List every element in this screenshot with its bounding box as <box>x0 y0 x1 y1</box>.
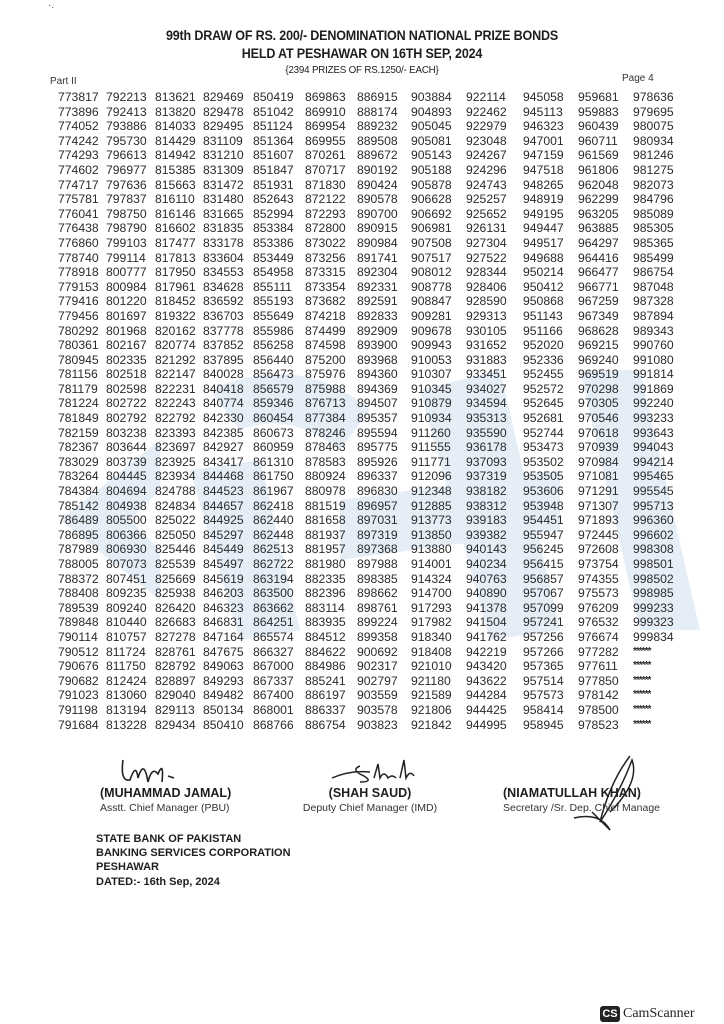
table-row: 7738967924138138208294788510428699108881… <box>58 105 683 120</box>
prize-number: 781849 <box>58 411 106 426</box>
prize-number: 822231 <box>155 382 203 397</box>
prize-number: 909678 <box>411 324 466 339</box>
prize-number: 918408 <box>411 645 466 660</box>
prize-number: 837778 <box>203 324 253 339</box>
prize-number: 873354 <box>305 280 357 295</box>
prize-number: 844657 <box>203 499 253 514</box>
prize-number: 840418 <box>203 382 253 397</box>
prize-number: 924267 <box>466 148 523 163</box>
prize-number: 822792 <box>155 411 203 426</box>
prize-number: 877384 <box>305 411 357 426</box>
prize-number: 911771 <box>411 455 466 470</box>
prize-number: 960439 <box>578 119 633 134</box>
prize-number: 931883 <box>466 353 523 368</box>
prize-number: 869954 <box>305 119 357 134</box>
prize-number: 837852 <box>203 338 253 353</box>
prize-number: 816602 <box>155 221 203 236</box>
prize-number: 861750 <box>253 469 305 484</box>
prize-number: 778918 <box>58 265 106 280</box>
camscanner-badge: CS CamScanner <box>600 1006 695 1022</box>
prize-number: 952744 <box>523 426 578 441</box>
prize-number: 863194 <box>253 572 305 587</box>
prize-number: 907508 <box>411 236 466 251</box>
prize-number: 856440 <box>253 353 305 368</box>
prize-number: 881519 <box>305 499 357 514</box>
prize-number: 998985 <box>633 586 683 601</box>
prize-number: 802792 <box>106 411 155 426</box>
prize-number: 878463 <box>305 440 357 455</box>
prize-number: 807451 <box>106 572 155 587</box>
prize-number: 813194 <box>106 703 155 718</box>
prize-number: 930105 <box>466 324 523 339</box>
prize-number: 998308 <box>633 542 683 557</box>
prize-number: 797636 <box>106 178 155 193</box>
table-row: 7812248027228222438407748593468767138945… <box>58 396 683 411</box>
prize-number: 991869 <box>633 382 683 397</box>
prize-number: 802598 <box>106 382 155 397</box>
prize-number: 899224 <box>357 615 411 630</box>
prize-number: 998501 <box>633 557 683 572</box>
prize-number: 905188 <box>411 163 466 178</box>
prize-number: 897368 <box>357 542 411 557</box>
prize-number: 976209 <box>578 601 633 616</box>
prize-number: 882396 <box>305 586 357 601</box>
prize-number: ****** <box>633 645 683 660</box>
prize-number: 978636 <box>633 90 683 105</box>
prize-number: 949447 <box>523 221 578 236</box>
prize-number: 817477 <box>155 236 203 251</box>
prize-number: 801968 <box>106 324 155 339</box>
prize-number: 947159 <box>523 148 578 163</box>
prize-number: 792213 <box>106 90 155 105</box>
prize-number: 890915 <box>357 221 411 236</box>
prize-number: 853384 <box>253 221 305 236</box>
prize-number: 845297 <box>203 528 253 543</box>
camscanner-logo-icon: CS <box>600 1006 620 1022</box>
prize-number: 987894 <box>633 309 683 324</box>
prize-number: 865574 <box>253 630 305 645</box>
prize-number: 952020 <box>523 338 578 353</box>
prize-number: 774717 <box>58 178 106 193</box>
prize-number: 831835 <box>203 221 253 236</box>
prize-number: 842330 <box>203 411 253 426</box>
prize-number: 774602 <box>58 163 106 178</box>
prize-number: 951143 <box>523 309 578 324</box>
prize-number: 872293 <box>305 207 357 222</box>
prize-number: 998502 <box>633 572 683 587</box>
prize-number: 970546 <box>578 411 633 426</box>
prize-number: 820162 <box>155 324 203 339</box>
prize-number: 898761 <box>357 601 411 616</box>
prize-number: 860959 <box>253 440 305 455</box>
prize-number: 828897 <box>155 674 203 689</box>
prize-number: 789539 <box>58 601 106 616</box>
prize-number: 776860 <box>58 236 106 251</box>
prize-number: 908847 <box>411 294 466 309</box>
prize-number: 799114 <box>106 251 155 266</box>
table-row: 7851428049388248348446578624188815198969… <box>58 499 683 514</box>
prize-number: 949688 <box>523 251 578 266</box>
prize-number: 825446 <box>155 542 203 557</box>
prize-number: 960711 <box>578 134 633 149</box>
prize-number: 913773 <box>411 513 466 528</box>
prize-number: 867337 <box>253 674 305 689</box>
prize-number: 909281 <box>411 309 466 324</box>
prize-number: 967349 <box>578 309 633 324</box>
table-row: 7742937966138149428312108516078702618896… <box>58 148 683 163</box>
prize-number: 785142 <box>58 499 106 514</box>
prize-number: 783264 <box>58 469 106 484</box>
prize-number: 900692 <box>357 645 411 660</box>
table-row: 7811798025988222318404188565798759888943… <box>58 382 683 397</box>
prize-number: 801697 <box>106 309 155 324</box>
prize-number: 986754 <box>633 265 683 280</box>
prize-number: 949195 <box>523 207 578 222</box>
prize-number: 781179 <box>58 382 106 397</box>
prize-number: 993643 <box>633 426 683 441</box>
prize-number: 822147 <box>155 367 203 382</box>
prize-number: 922979 <box>466 119 523 134</box>
prize-number: 894369 <box>357 382 411 397</box>
prize-number: 787989 <box>58 542 106 557</box>
prize-number: 870261 <box>305 148 357 163</box>
prize-number: 970298 <box>578 382 633 397</box>
prize-number: 906628 <box>411 192 466 207</box>
prize-number: 797837 <box>106 192 155 207</box>
prize-number: 823393 <box>155 426 203 441</box>
prize-number: 869910 <box>305 105 357 120</box>
prize-number: 791023 <box>58 688 106 703</box>
table-row: 7747177976368156638314728519318718308904… <box>58 178 683 193</box>
prize-number: 966771 <box>578 280 633 295</box>
prize-number: 812424 <box>106 674 155 689</box>
prize-number: 774052 <box>58 119 106 134</box>
prize-number: 831480 <box>203 192 253 207</box>
prize-number: 913850 <box>411 528 466 543</box>
issuing-organization: STATE BANK OF PAKISTAN BANKING SERVICES … <box>96 832 291 889</box>
prize-number: 888174 <box>357 105 411 120</box>
prize-number: 891741 <box>357 251 411 266</box>
prize-number: 948265 <box>523 178 578 193</box>
prize-number: 802518 <box>106 367 155 382</box>
prize-number: 792413 <box>106 105 155 120</box>
prize-number-table: 7738177922138136218294698504198698638869… <box>58 90 683 732</box>
signatory-role: Secretary /Sr. Dep. Chief Manage <box>503 802 660 814</box>
prize-number: 781156 <box>58 367 106 382</box>
prize-number: 815385 <box>155 163 203 178</box>
prize-number: 911555 <box>411 440 466 455</box>
prize-number: 985089 <box>633 207 683 222</box>
table-row: 7768607991038174778331788533868730228909… <box>58 236 683 251</box>
prize-number: 780292 <box>58 324 106 339</box>
prize-number: 817961 <box>155 280 203 295</box>
prize-number: 971081 <box>578 469 633 484</box>
prize-number: 905143 <box>411 148 466 163</box>
prize-number: 795730 <box>106 134 155 149</box>
prize-number: 935590 <box>466 426 523 441</box>
prize-number: 851364 <box>253 134 305 149</box>
prize-number: 940143 <box>466 542 523 557</box>
prize-number: 859346 <box>253 396 305 411</box>
prize-number: 912096 <box>411 469 466 484</box>
prize-number: 802722 <box>106 396 155 411</box>
prize-number: 861967 <box>253 484 305 499</box>
prize-number: 953606 <box>523 484 578 499</box>
prize-number: 897319 <box>357 528 411 543</box>
prize-number: 864251 <box>253 615 305 630</box>
signatory-2: (SHAH SAUD) Deputy Chief Manager (IMD) <box>300 786 440 814</box>
prize-number: 862448 <box>253 528 305 543</box>
prize-number: 872800 <box>305 221 357 236</box>
prize-number: 890424 <box>357 178 411 193</box>
prize-number: 881980 <box>305 557 357 572</box>
prize-number: 943420 <box>466 659 523 674</box>
prize-number: 802167 <box>106 338 155 353</box>
prize-number: 977282 <box>578 645 633 660</box>
prize-number: 995545 <box>633 484 683 499</box>
prize-number: 975573 <box>578 586 633 601</box>
prize-number: 905878 <box>411 178 466 193</box>
prize-number: 869863 <box>305 90 357 105</box>
prize-number: 906981 <box>411 221 466 236</box>
prize-number: 937093 <box>466 455 523 470</box>
prize-number: 969519 <box>578 367 633 382</box>
prize-number: 980934 <box>633 134 683 149</box>
prize-number: 921589 <box>411 688 466 703</box>
prize-number: 957573 <box>523 688 578 703</box>
prize-number: 827278 <box>155 630 203 645</box>
prize-number: 840774 <box>203 396 253 411</box>
prize-number: 882335 <box>305 572 357 587</box>
prize-number: 880924 <box>305 469 357 484</box>
prize-number: 993233 <box>633 411 683 426</box>
prize-number: 774293 <box>58 148 106 163</box>
prize-number: 873682 <box>305 294 357 309</box>
prize-number: 950412 <box>523 280 578 295</box>
prize-number: 872122 <box>305 192 357 207</box>
prize-number: 862722 <box>253 557 305 572</box>
prize-number: 987328 <box>633 294 683 309</box>
prize-number: 855649 <box>253 309 305 324</box>
table-row: 7823678036448236978429278609598784638957… <box>58 440 683 455</box>
prize-number: 789848 <box>58 615 106 630</box>
table-row: 7879898069308254468454498625138819578973… <box>58 542 683 557</box>
table-row: 7811568025188221478400288564738759768943… <box>58 367 683 382</box>
prize-number: 817813 <box>155 251 203 266</box>
table-row: 7789188007778179508345538549588733158923… <box>58 265 683 280</box>
prize-number: 979695 <box>633 105 683 120</box>
prize-number: 892909 <box>357 324 411 339</box>
prize-number: 803739 <box>106 455 155 470</box>
prize-number: 829469 <box>203 90 253 105</box>
prize-number: 962048 <box>578 178 633 193</box>
prize-number: 896957 <box>357 499 411 514</box>
prize-number: 928344 <box>466 265 523 280</box>
prize-number: 856579 <box>253 382 305 397</box>
prize-number: 953502 <box>523 455 578 470</box>
prize-number: 892304 <box>357 265 411 280</box>
prize-number: 854958 <box>253 265 305 280</box>
prize-number: 970305 <box>578 396 633 411</box>
prize-number: 945113 <box>523 105 578 120</box>
prize-number: 814942 <box>155 148 203 163</box>
prize-number: 856473 <box>253 367 305 382</box>
prize-number: 999323 <box>633 615 683 630</box>
prize-number: 784384 <box>58 484 106 499</box>
prize-number: 825050 <box>155 528 203 543</box>
table-row: 7818498027928227928423308604548773848953… <box>58 411 683 426</box>
prize-number: 910934 <box>411 411 466 426</box>
prize-number: 845497 <box>203 557 253 572</box>
signatory-name: (MUHAMMAD JAMAL) <box>100 786 231 800</box>
prize-number: 992240 <box>633 396 683 411</box>
prize-number: 939382 <box>466 528 523 543</box>
prize-number: 778740 <box>58 251 106 266</box>
prize-number: 961806 <box>578 163 633 178</box>
prize-number: 928406 <box>466 280 523 295</box>
prize-number: 991814 <box>633 367 683 382</box>
prize-number: 939183 <box>466 513 523 528</box>
prize-number: 804445 <box>106 469 155 484</box>
prize-number: 842927 <box>203 440 253 455</box>
prize-number: 814429 <box>155 134 203 149</box>
prize-number: 788005 <box>58 557 106 572</box>
table-row: 7794168012208184528365928551938736828925… <box>58 294 683 309</box>
prize-number: 828792 <box>155 659 203 674</box>
prize-number: 908778 <box>411 280 466 295</box>
prize-number: 873256 <box>305 251 357 266</box>
prize-number: 823934 <box>155 469 203 484</box>
date-line: DATED:- 16th Sep, 2024 <box>96 875 291 889</box>
prize-number: 945058 <box>523 90 578 105</box>
table-row: 7906768117508287928490638670008849869023… <box>58 659 683 674</box>
prize-number: 956415 <box>523 557 578 572</box>
prize-number: 914001 <box>411 557 466 572</box>
prize-number: 800777 <box>106 265 155 280</box>
prize-number: 936178 <box>466 440 523 455</box>
prize-number: 849063 <box>203 659 253 674</box>
prize-number: 876713 <box>305 396 357 411</box>
prize-number: 853386 <box>253 236 305 251</box>
prize-number: 927522 <box>466 251 523 266</box>
prize-number: 860454 <box>253 411 305 426</box>
prize-number: 947518 <box>523 163 578 178</box>
prize-number: 783029 <box>58 455 106 470</box>
prize-number: 855193 <box>253 294 305 309</box>
table-row: 7830298037398239258434178613108785838959… <box>58 455 683 470</box>
prize-number: 833604 <box>203 251 253 266</box>
prize-number: 829495 <box>203 119 253 134</box>
prize-number: 922114 <box>466 90 523 105</box>
prize-number: 775781 <box>58 192 106 207</box>
prize-number: 953948 <box>523 499 578 514</box>
prize-number: 977850 <box>578 674 633 689</box>
prize-number: 781224 <box>58 396 106 411</box>
prize-number: 908012 <box>411 265 466 280</box>
prize-number: 818452 <box>155 294 203 309</box>
prize-number: 853449 <box>253 251 305 266</box>
table-row: 7740527938868140338294958511248699548892… <box>58 119 683 134</box>
prize-number: 996602 <box>633 528 683 543</box>
prize-number: 949517 <box>523 236 578 251</box>
prize-number: 804938 <box>106 499 155 514</box>
prize-number: 811750 <box>106 659 155 674</box>
prize-number: 829113 <box>155 703 203 718</box>
prize-number: 994214 <box>633 455 683 470</box>
signatory-1: (MUHAMMAD JAMAL) Asstt. Chief Manager (P… <box>100 786 231 814</box>
prize-number: 861310 <box>253 455 305 470</box>
prize-number: 826683 <box>155 615 203 630</box>
prize-number: 966477 <box>578 265 633 280</box>
prize-number: 878246 <box>305 426 357 441</box>
prize-number: 807073 <box>106 557 155 572</box>
prize-number: 806366 <box>106 528 155 543</box>
table-row: 7864898055008250228449258624408816588970… <box>58 513 683 528</box>
prize-number: 825022 <box>155 513 203 528</box>
prize-number: 790676 <box>58 659 106 674</box>
prize-number: 978523 <box>578 718 633 733</box>
prize-number: 773896 <box>58 105 106 120</box>
prize-number: 957099 <box>523 601 578 616</box>
prize-number: 825669 <box>155 572 203 587</box>
prize-number: 788372 <box>58 572 106 587</box>
table-row: 7809458023358212928378958564408752008939… <box>58 353 683 368</box>
prize-number: 950868 <box>523 294 578 309</box>
prize-number: 890700 <box>357 207 411 222</box>
camscanner-text: CamScanner <box>623 1006 695 1022</box>
prize-number: 990760 <box>633 338 683 353</box>
prize-number: 942219 <box>466 645 523 660</box>
prize-number: 836592 <box>203 294 253 309</box>
document-title: 99th DRAW OF RS. 200/- DENOMINATION NATI… <box>25 28 698 43</box>
prize-number: ****** <box>633 688 683 703</box>
prize-number: 847164 <box>203 630 253 645</box>
prize-number: 822243 <box>155 396 203 411</box>
prize-number: 969240 <box>578 353 633 368</box>
prize-number: 940890 <box>466 586 523 601</box>
prize-number: 800984 <box>106 280 155 295</box>
prize-number: 968628 <box>578 324 633 339</box>
prize-number: 875976 <box>305 367 357 382</box>
prize-number: 896830 <box>357 484 411 499</box>
prize-number: 831472 <box>203 178 253 193</box>
prize-number: 943622 <box>466 674 523 689</box>
prize-number: 954451 <box>523 513 578 528</box>
prize-number: 970939 <box>578 440 633 455</box>
prize-number: 890578 <box>357 192 411 207</box>
prize-number: 874598 <box>305 338 357 353</box>
prize-number: 779153 <box>58 280 106 295</box>
prize-number: 866327 <box>253 645 305 660</box>
prize-number: 917982 <box>411 615 466 630</box>
prize-number: 924296 <box>466 163 523 178</box>
prize-number: 850419 <box>253 90 305 105</box>
prize-number: 828761 <box>155 645 203 660</box>
prize-number: 976532 <box>578 615 633 630</box>
table-row: 7757817978378161108314808526438721228905… <box>58 192 683 207</box>
prize-number: 863500 <box>253 586 305 601</box>
prize-number: 955947 <box>523 528 578 543</box>
prize-number: 860673 <box>253 426 305 441</box>
prize-number: 852643 <box>253 192 305 207</box>
prize-number: 813621 <box>155 90 203 105</box>
prize-number: 825938 <box>155 586 203 601</box>
prize-number: 788408 <box>58 586 106 601</box>
prize-number: 987048 <box>633 280 683 295</box>
prize-number: 868766 <box>253 718 305 733</box>
prize-number: 802335 <box>106 353 155 368</box>
prize-number: 851931 <box>253 178 305 193</box>
